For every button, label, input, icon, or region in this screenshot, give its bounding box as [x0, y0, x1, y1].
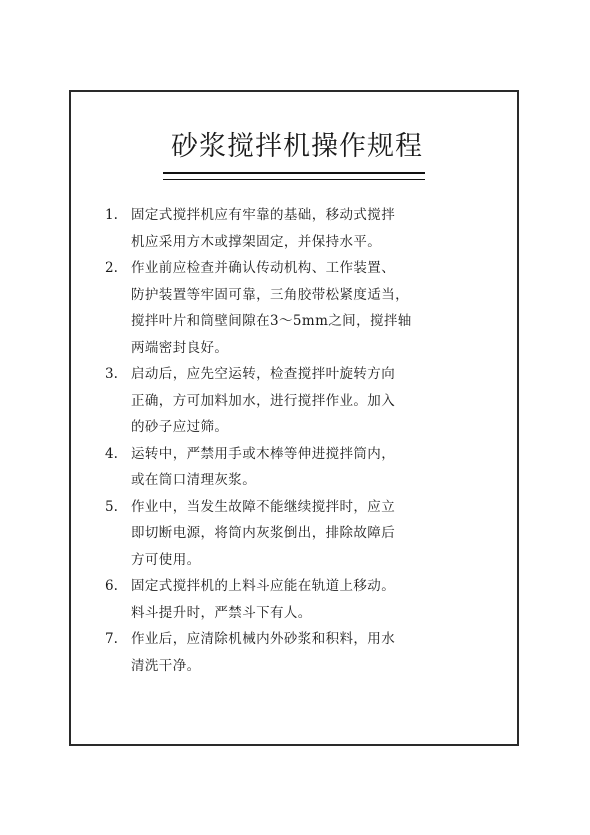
rule-line: 机应采用方木或撑架固定，并保持水平。	[131, 229, 485, 256]
rule-line: 清洗干净。	[131, 653, 485, 680]
rule-text: 固定式搅拌机的上料斗应能在轨道上移动。 料斗提升时，严禁斗下有人。	[131, 573, 485, 626]
title-underline-thick	[163, 172, 425, 174]
rule-number: 6.	[105, 573, 131, 600]
rule-text: 作业中，当发生故障不能继续搅拌时，应立 即切断电源，将筒内灰浆倒出，排除故障后 …	[131, 494, 485, 574]
rule-line: 即切断电源，将筒内灰浆倒出，排除故障后	[131, 520, 485, 547]
rule-text: 作业后，应清除机械内外砂浆和积料，用水 清洗干净。	[131, 626, 485, 679]
title-underline	[163, 130, 425, 182]
regulation-board: 砂浆搅拌机操作规程 1. 固定式搅拌机应有牢靠的基础，移动式搅拌 机应采用方木或…	[69, 90, 519, 746]
title-underline-thin	[163, 179, 425, 180]
rule-number: 4.	[105, 441, 131, 468]
rules-list: 1. 固定式搅拌机应有牢靠的基础，移动式搅拌 机应采用方木或撑架固定，并保持水平…	[105, 202, 485, 679]
rule-line: 两端密封良好。	[131, 335, 485, 362]
rule-text: 启动后，应先空运转，检查搅拌叶旋转方向 正确，方可加料加水，进行搅拌作业。加入 …	[131, 361, 485, 441]
rule-line: 运转中，严禁用手或木棒等伸进搅拌筒内，	[131, 441, 485, 468]
rule-item-1: 1. 固定式搅拌机应有牢靠的基础，移动式搅拌 机应采用方木或撑架固定，并保持水平…	[105, 202, 485, 255]
rule-line: 启动后，应先空运转，检查搅拌叶旋转方向	[131, 361, 485, 388]
rule-number: 5.	[105, 494, 131, 521]
rule-number: 7.	[105, 626, 131, 653]
rule-number: 2.	[105, 255, 131, 282]
rule-line: 固定式搅拌机的上料斗应能在轨道上移动。	[131, 573, 485, 600]
rule-text: 作业前应检查并确认传动机构、工作装置、 防护装置等牢固可靠，三角胶带松紧度适当，…	[131, 255, 485, 361]
rule-line: 固定式搅拌机应有牢靠的基础，移动式搅拌	[131, 202, 485, 229]
rule-line: 作业前应检查并确认传动机构、工作装置、	[131, 255, 485, 282]
rule-text: 运转中，严禁用手或木棒等伸进搅拌筒内， 或在筒口清理灰浆。	[131, 441, 485, 494]
rule-item-4: 4. 运转中，严禁用手或木棒等伸进搅拌筒内， 或在筒口清理灰浆。	[105, 441, 485, 494]
rule-line: 搅拌叶片和筒壁间隙在3～5mm之间，搅拌轴	[131, 308, 485, 335]
rule-line: 正确，方可加料加水，进行搅拌作业。加入	[131, 388, 485, 415]
rule-line: 的砂子应过筛。	[131, 414, 485, 441]
rule-line: 作业中，当发生故障不能继续搅拌时，应立	[131, 494, 485, 521]
rule-number: 1.	[105, 202, 131, 229]
rule-line: 或在筒口清理灰浆。	[131, 467, 485, 494]
rule-item-3: 3. 启动后，应先空运转，检查搅拌叶旋转方向 正确，方可加料加水，进行搅拌作业。…	[105, 361, 485, 441]
rule-line: 作业后，应清除机械内外砂浆和积料，用水	[131, 626, 485, 653]
rule-line: 防护装置等牢固可靠，三角胶带松紧度适当，	[131, 282, 485, 309]
rule-item-6: 6. 固定式搅拌机的上料斗应能在轨道上移动。 料斗提升时，严禁斗下有人。	[105, 573, 485, 626]
rule-item-5: 5. 作业中，当发生故障不能继续搅拌时，应立 即切断电源，将筒内灰浆倒出，排除故…	[105, 494, 485, 574]
rule-number: 3.	[105, 361, 131, 388]
rule-item-2: 2. 作业前应检查并确认传动机构、工作装置、 防护装置等牢固可靠，三角胶带松紧度…	[105, 255, 485, 361]
rule-line: 方可使用。	[131, 547, 485, 574]
rule-text: 固定式搅拌机应有牢靠的基础，移动式搅拌 机应采用方木或撑架固定，并保持水平。	[131, 202, 485, 255]
rule-item-7: 7. 作业后，应清除机械内外砂浆和积料，用水 清洗干净。	[105, 626, 485, 679]
rule-line: 料斗提升时，严禁斗下有人。	[131, 600, 485, 627]
